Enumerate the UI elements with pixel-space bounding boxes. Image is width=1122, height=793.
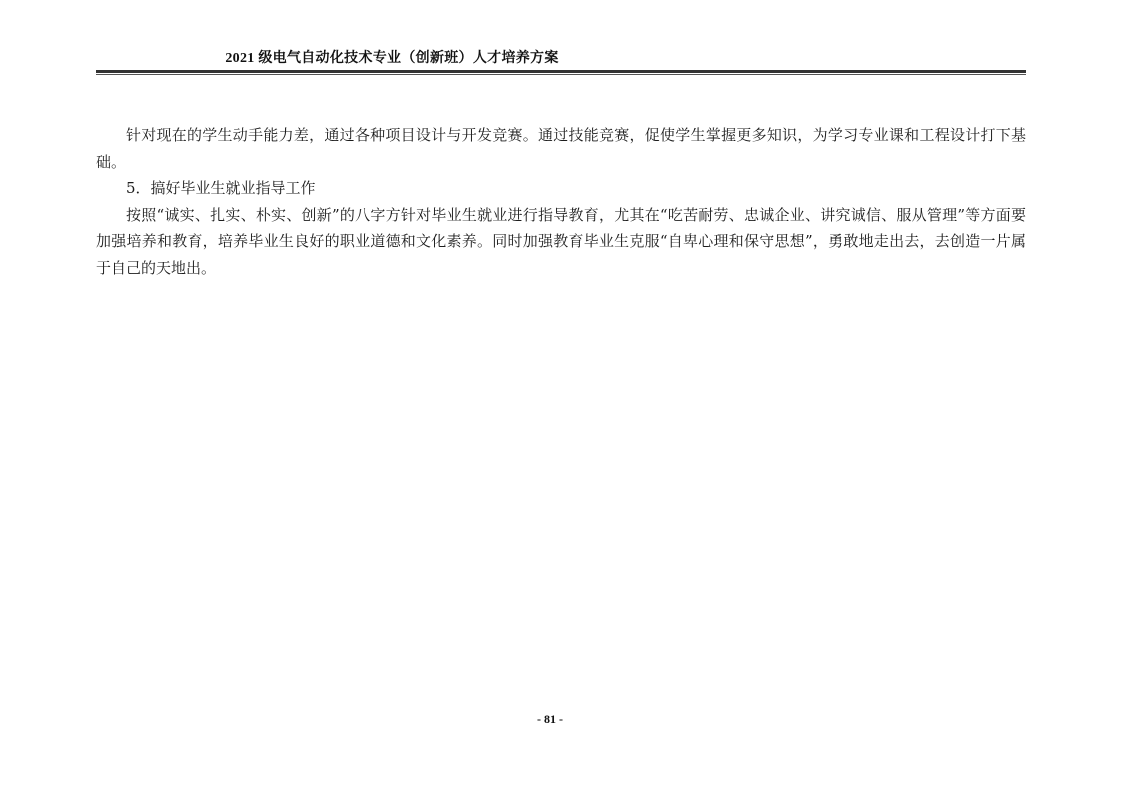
section-heading-employment-guidance: 5．搞好毕业生就业指导工作 bbox=[96, 175, 1026, 202]
header-rule-thin bbox=[96, 74, 1026, 75]
document-body: 针对现在的学生动手能力差，通过各种项目设计与开发竞赛。通过技能竞赛，促使学生掌握… bbox=[96, 122, 1026, 281]
paragraph-skills-competition: 针对现在的学生动手能力差，通过各种项目设计与开发竞赛。通过技能竞赛，促使学生掌握… bbox=[96, 122, 1026, 175]
header-rule-thick bbox=[96, 70, 1026, 73]
header-title-text: 2021 级电气自动化技术专业（创新班）人才培养方案 bbox=[225, 51, 558, 66]
page-number: - 81 - bbox=[0, 712, 1122, 727]
paragraph-employment-guidance: 按照“诚实、扎实、朴实、创新”的八字方针对毕业生就业进行指导教育，尤其在“吃苦耐… bbox=[96, 202, 1026, 282]
document-header-title: 2021 级电气自动化技术专业（创新班）人才培养方案 bbox=[0, 47, 1122, 67]
page-number-text: - 81 - bbox=[537, 712, 563, 726]
